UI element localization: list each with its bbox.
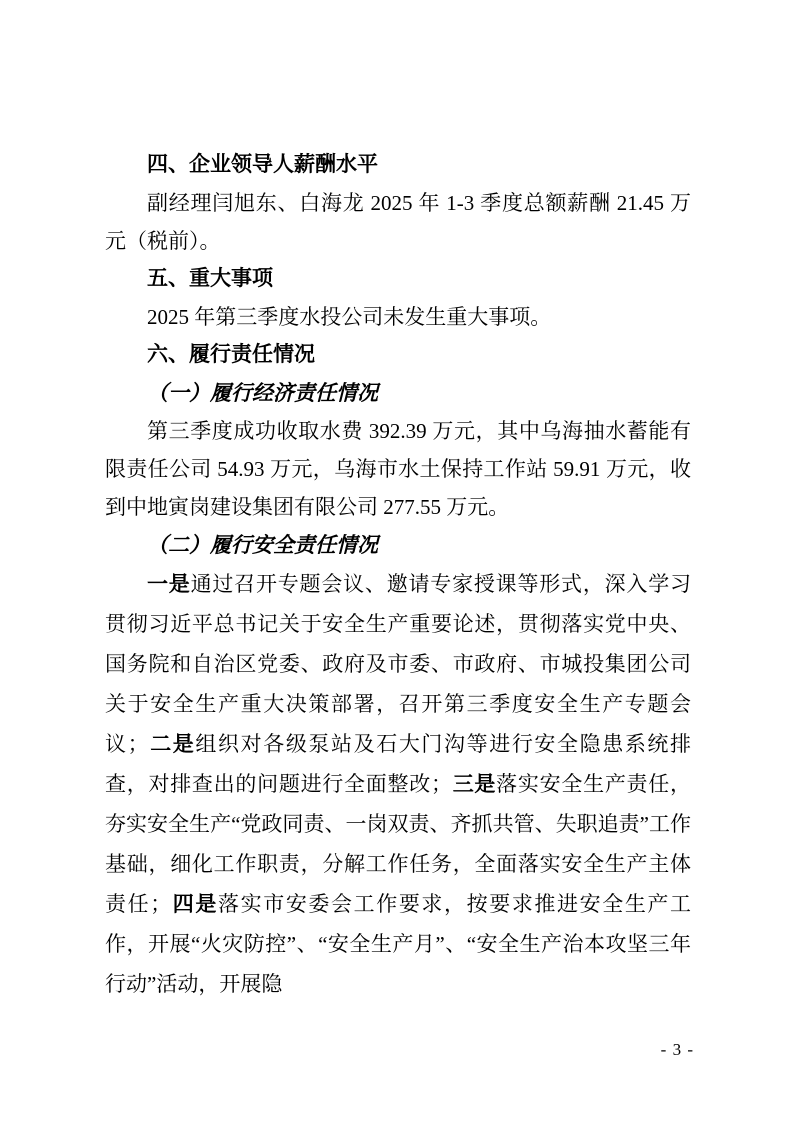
bold-marker-fourth: 四是 bbox=[171, 892, 218, 916]
paragraph-major-events: 2025 年第三季度水投公司未发生重大事项。 bbox=[105, 298, 691, 336]
safety-run-first: 通过召开专题会议、邀请专家授课等形式，深入学习贯彻习近平总书记关于安全生产重要论… bbox=[105, 572, 691, 756]
section-heading-major-events: 五、重大事项 bbox=[105, 260, 691, 298]
paragraph-safety-responsibility: 一是通过召开专题会议、邀请专家授课等形式，深入学习贯彻习近平总书记关于安全生产重… bbox=[105, 564, 691, 1004]
paragraph-economic-responsibility: 第三季度成功收取水费 392.39 万元，其中乌海抽水蓄能有限责任公司 54.9… bbox=[105, 412, 691, 526]
bold-marker-second: 二是 bbox=[149, 732, 196, 756]
document-page: 四、企业领导人薪酬水平 副经理闫旭东、白海龙 2025 年 1-3 季度总额薪酬… bbox=[0, 0, 793, 1122]
bold-marker-first: 一是 bbox=[147, 572, 191, 596]
paragraph-leader-salary: 副经理闫旭东、白海龙 2025 年 1-3 季度总额薪酬 21.45 万元（税前… bbox=[105, 184, 691, 260]
subheading-safety-responsibility: （二）履行安全责任情况 bbox=[105, 526, 691, 564]
page-number: - 3 - bbox=[661, 1040, 694, 1060]
document-body: 四、企业领导人薪酬水平 副经理闫旭东、白海龙 2025 年 1-3 季度总额薪酬… bbox=[105, 146, 691, 1004]
bold-marker-third: 三是 bbox=[452, 772, 496, 796]
section-heading-leader-salary: 四、企业领导人薪酬水平 bbox=[105, 146, 691, 184]
section-heading-responsibility: 六、履行责任情况 bbox=[105, 336, 691, 374]
subheading-economic-responsibility: （一）履行经济责任情况 bbox=[105, 374, 691, 412]
